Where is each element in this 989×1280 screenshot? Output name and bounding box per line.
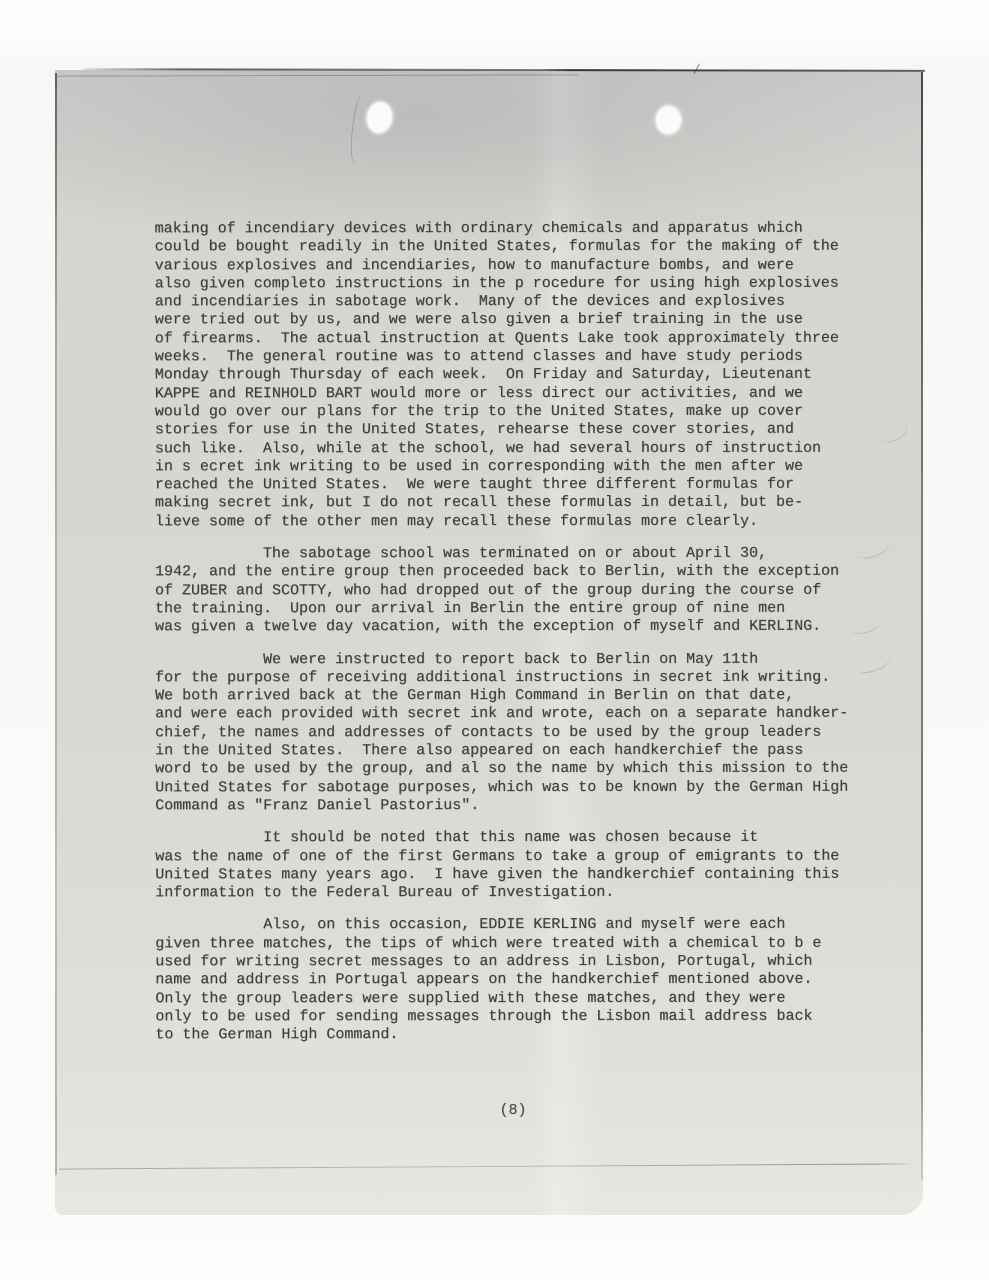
text-line: United States many years ago. I have giv… <box>155 865 871 884</box>
paragraph: We were instructed to report back to Ber… <box>155 650 871 815</box>
paragraph: The sabotage school was terminated on or… <box>155 545 871 637</box>
paragraph: Also, on this occasion, EDDIE KERLING an… <box>155 916 871 1045</box>
paper-left-edge-line <box>55 73 57 1175</box>
text-line: and were each provided with secret ink a… <box>155 705 871 724</box>
text-line: of ZUBER and SCOTTY, who had dropped out… <box>155 581 871 600</box>
text-line: Also, on this occasion, EDDIE KERLING an… <box>155 916 871 935</box>
text-line: United States for sabotage purposes, whi… <box>155 778 871 797</box>
text-line: the training. Upon our arrival in Berlin… <box>155 600 871 619</box>
text-line: for the purpose of receiving additional … <box>155 669 871 688</box>
text-line: various explosives and incendiaries, how… <box>155 256 871 275</box>
text-line: was given a twelve day vacation, with th… <box>155 618 871 637</box>
text-line: Command as "Franz Daniel Pastorius". <box>155 797 871 816</box>
pencil-scribble <box>875 416 910 447</box>
text-line: word to be used by the group, and al so … <box>155 760 871 779</box>
page-number: (8) <box>155 1102 871 1119</box>
text-line: 1942, and the entire group then proceede… <box>155 563 871 582</box>
text-line: name and address in Portugal appears on … <box>155 971 871 990</box>
scanned-document-page: making of incendiary devices with ordina… <box>0 0 989 1280</box>
text-line: were tried out by us, and we were also g… <box>155 311 871 330</box>
text-line: could be bought readily in the United St… <box>155 238 871 257</box>
text-line: given three matches, the tips of which w… <box>155 934 871 953</box>
text-line: such like. Also, while at the school, we… <box>155 439 871 458</box>
typewritten-text: making of incendiary devices with ordina… <box>155 220 872 1045</box>
text-line: We both arrived back at the German High … <box>155 687 871 706</box>
paper-bottom-edge-line <box>59 1163 911 1169</box>
text-line: KAPPE and REINHOLD BART would more or le… <box>155 384 871 403</box>
text-line: It should be noted that this name was ch… <box>155 829 871 848</box>
text-line: reached the United States. We were taugh… <box>155 476 871 495</box>
text-line: of firearms. The actual instruction at Q… <box>155 329 871 348</box>
paragraph: It should be noted that this name was ch… <box>155 829 871 903</box>
text-line: was the name of one of the first Germans… <box>155 847 871 866</box>
text-line: and incendiaries in sabotage work. Many … <box>155 293 871 312</box>
text-line: making of incendiary devices with ordina… <box>155 220 871 239</box>
text-line: making secret ink, but I do not recall t… <box>155 494 871 513</box>
paper-sheet: making of incendiary devices with ordina… <box>55 70 923 1215</box>
paper-top-edge-line-secondary <box>57 74 578 76</box>
text-line: Only the group leaders were supplied wit… <box>155 989 871 1008</box>
text-line: stories for use in the United States, re… <box>155 421 871 440</box>
text-line: used for writing secret messages to an a… <box>155 953 871 972</box>
punch-hole-right <box>656 106 681 134</box>
pencil-scribble <box>349 91 370 164</box>
text-line: lieve some of the other men may recall t… <box>155 512 871 531</box>
text-line: in the United States. There also appeare… <box>155 742 871 761</box>
paper-right-edge-line <box>921 72 923 1180</box>
text-line: in s ecret ink writing to be used in cor… <box>155 458 871 477</box>
text-line: We were instructed to report back to Ber… <box>155 650 871 669</box>
paragraph: making of incendiary devices with ordina… <box>155 220 871 532</box>
text-line: chief, the names and addresses of contac… <box>155 723 871 742</box>
text-line: to the German High Command. <box>155 1026 871 1045</box>
text-line: also given completo instructions in the … <box>155 275 871 294</box>
text-line: The sabotage school was terminated on or… <box>155 545 871 564</box>
text-line: weeks. The general routine was to attend… <box>155 348 871 367</box>
text-line: only to be used for sending messages thr… <box>155 1008 871 1027</box>
paper-top-edge-notch <box>694 64 718 84</box>
paper-top-edge-line <box>83 68 925 72</box>
text-line: information to the Federal Bureau of Inv… <box>155 884 871 903</box>
text-line: Monday through Thursday of each week. On… <box>155 366 871 385</box>
text-line: would go over our plans for the trip to … <box>155 403 871 422</box>
punch-hole-left <box>365 100 394 134</box>
